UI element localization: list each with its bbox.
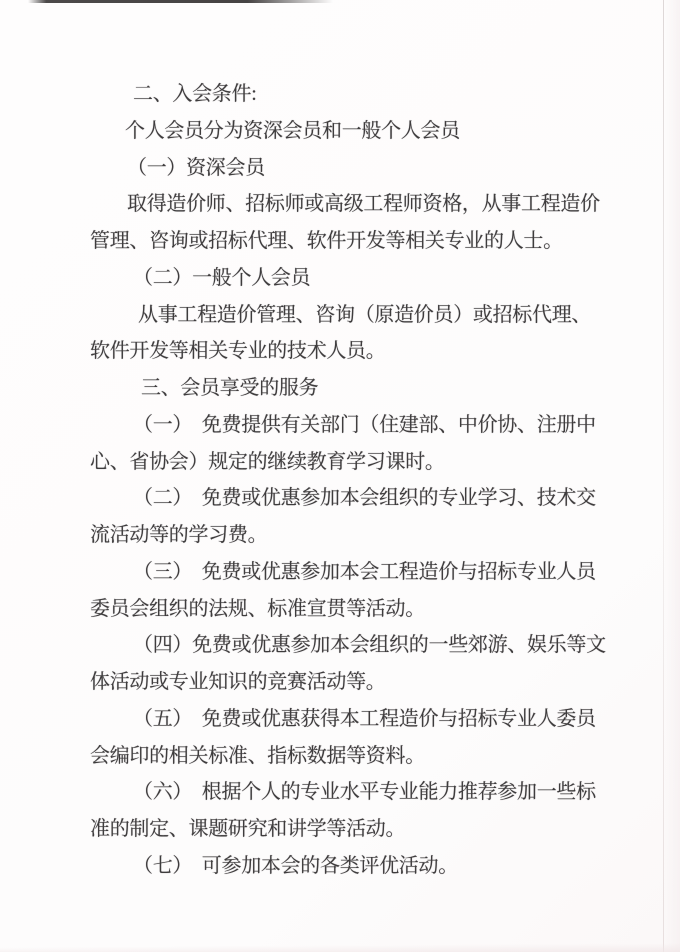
service-item-2-line1: （二） 免费或优惠参加本会组织的专业学习、技术交	[90, 480, 610, 517]
service-item-3-line2: 委员会组织的法规、标准宣贯等活动。	[90, 591, 610, 628]
service-item-1-line1: （一） 免费提供有关部门（住建部、中价协、注册中	[90, 407, 610, 444]
heading-join-conditions: 二、入会条件:	[90, 76, 610, 113]
service-item-1-line2: 心、省协会）规定的继续教育学习课时。	[90, 444, 610, 481]
service-item-6-line1: （六） 根据个人的专业水平专业能力推荐参加一些标	[90, 774, 610, 811]
document-page: 二、入会条件: 个人会员分为资深会员和一般个人会员 （一）资深会员 取得造价师、…	[0, 0, 680, 952]
document-text: 二、入会条件: 个人会员分为资深会员和一般个人会员 （一）资深会员 取得造价师、…	[90, 76, 610, 885]
heading-senior-member: （一）资深会员	[90, 150, 610, 187]
service-item-5-line2: 会编印的相关标准、指标数据等资料。	[90, 738, 610, 775]
line-member-types: 个人会员分为资深会员和一般个人会员	[90, 113, 610, 150]
scan-artifact-right-shading	[664, 0, 680, 952]
service-item-2-line2: 流活动等的学习费。	[90, 517, 610, 554]
service-item-6-line2: 准的制定、课题研究和讲学等活动。	[90, 811, 610, 848]
service-item-3-line1: （三） 免费或优惠参加本会工程造价与招标专业人员	[90, 554, 610, 591]
scan-artifact-bottom-shadow	[0, 943, 680, 952]
service-item-7: （七） 可参加本会的各类评优活动。	[90, 848, 610, 885]
scan-artifact-top-edge	[28, 0, 333, 3]
service-item-4-line2: 体活动或专业知识的竞赛活动等。	[90, 664, 610, 701]
para-senior-member-line2: 管理、咨询或招标代理、软件开发等相关专业的人士。	[90, 223, 610, 260]
para-general-member-line1: 从事工程造价管理、咨询（原造价员）或招标代理、	[90, 297, 610, 334]
service-item-4-line1: （四）免费或优惠参加本会组织的一些郊游、娱乐等文	[90, 627, 610, 664]
heading-general-member: （二）一般个人会员	[90, 260, 610, 297]
heading-member-services: 三、会员享受的服务	[90, 370, 610, 407]
para-general-member-line2: 软件开发等相关专业的技术人员。	[90, 333, 610, 370]
service-item-5-line1: （五） 免费或优惠获得本工程造价与招标专业人委员	[90, 701, 610, 738]
para-senior-member-line1: 取得造价师、招标师或高级工程师资格，从事工程造价	[90, 186, 610, 223]
